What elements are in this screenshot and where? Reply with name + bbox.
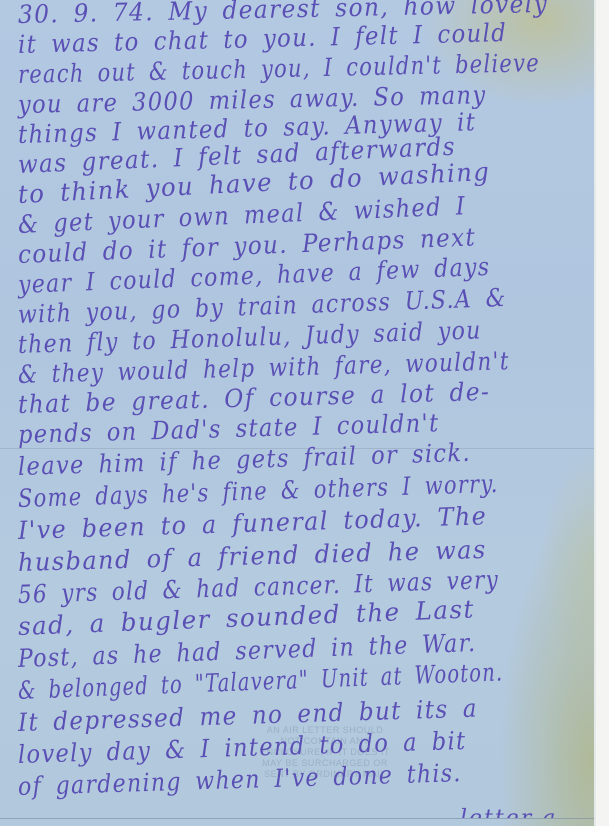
next-page-continuation-fragment: letter a — [460, 806, 557, 818]
letter-page: AN AIR LETTER SHOULD NOT CONTAIN ANY ENC… — [0, 0, 594, 826]
paper-bottom-edge — [0, 818, 594, 819]
